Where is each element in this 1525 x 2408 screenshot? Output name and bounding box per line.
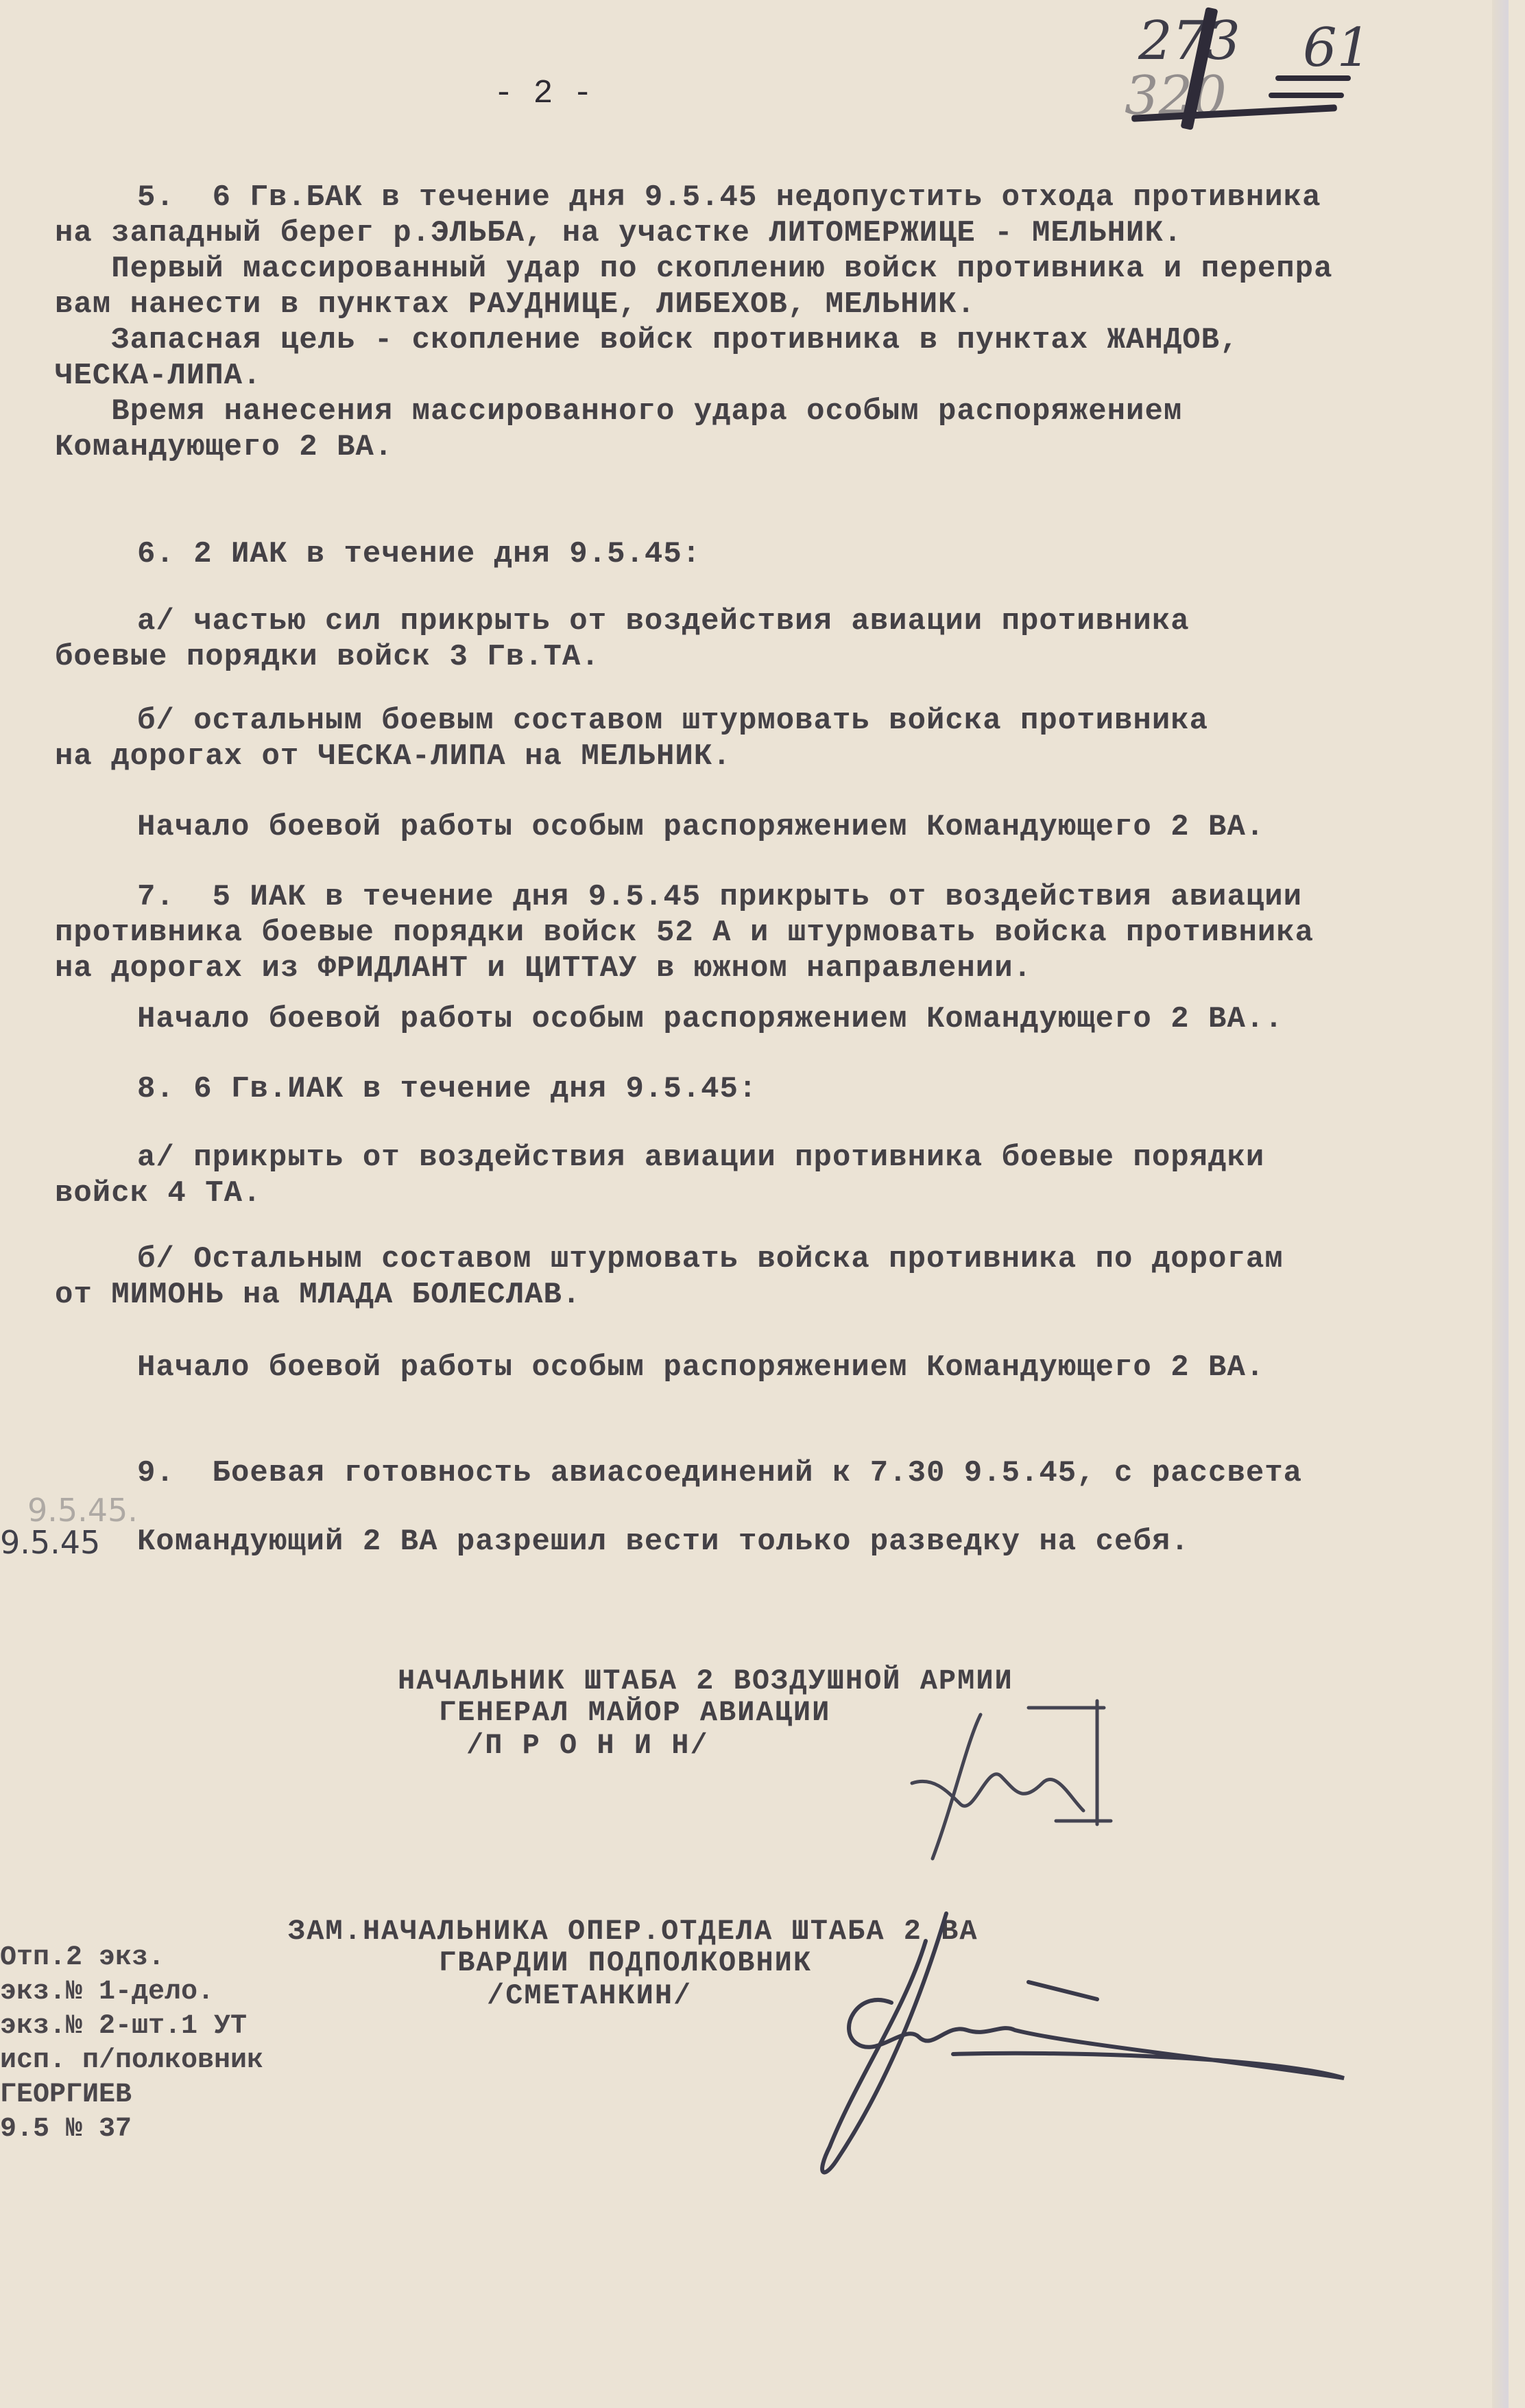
item-6-start: Начало боевой работы особым распоряжение… [137,809,1264,845]
item-5-line: Время нанесения массированного удара осо… [55,394,1182,429]
archive-folio-new: 273 [1138,14,1240,69]
item-5-line: Командующего 2 ВА. [55,429,393,465]
sheet-strike-2 [1269,93,1344,98]
item-5-line: 5. 6 Гв.БАК в течение дня 9.5.45 недопус… [137,180,1321,215]
item-8a-line: войск 4 ТА. [55,1176,261,1211]
signature-rank: ГЕНЕРАЛ МАЙОР АВИАЦИИ [439,1695,830,1730]
margin-date: 9.5.45 [0,1524,100,1561]
signature-name: /П Р О Н И Н/ [466,1728,709,1763]
distribution-line: экз.№ 2-шт.1 УТ [0,2010,263,2044]
item-5-line: Запасная цель - скопление войск противни… [55,322,1238,358]
distribution-line: Отп.2 экз. [0,1941,263,1975]
distribution-line: исп. п/полковник [0,2044,263,2078]
item-5-line: ЧЕСКА-ЛИПА. [55,358,261,394]
item-8b-line: б/ Остальным составом штурмовать войска … [137,1241,1284,1277]
item-7-start: Начало боевой работы особым распоряжение… [137,1001,1284,1037]
item-5-line: Первый массированный удар по скоплению в… [55,251,1333,287]
item-5-line: на западный берег р.ЭЛЬБА, на участке ЛИ… [55,215,1182,251]
item-8-heading: 8. 6 Гв.ИАК в течение дня 9.5.45: [137,1071,757,1107]
page-edge [1492,0,1509,2408]
item-9-line: Командующий 2 ВА разрешил вести только р… [137,1524,1190,1560]
archive-sheet-number: 61 [1303,21,1371,75]
handwritten-signature-smetankin [795,1900,1399,2188]
item-6b-line: на дорогах от ЧЕСКА-ЛИПА на МЕЛЬНИК. [55,739,732,774]
item-6a-line: а/ частью сил прикрыть от воздействия ав… [137,604,1190,639]
item-6-heading: 6. 2 ИАК в течение дня 9.5.45: [137,536,701,572]
distribution-line: ГЕОРГИЕВ [0,2078,263,2112]
signature-title: НАЧАЛЬНИК ШТАБА 2 ВОЗДУШНОЙ АРМИИ [398,1663,1013,1699]
document-page: 273 320 61 - 2 - 5. 6 Гв.БАК в течение д… [0,0,1509,2408]
handwritten-signature-pronin [905,1701,1125,1879]
item-7-line: 7. 5 ИАК в течение дня 9.5.45 прикрыть о… [137,879,1302,915]
item-8b-line: от МИМОНЬ на МЛАДА БОЛЕСЛАВ. [55,1277,581,1313]
page-number: - 2 - [494,75,592,112]
distribution-line: экз.№ 1-дело. [0,1975,263,2010]
margin-date-faint: 9.5.45. [27,1492,138,1529]
distribution-list: Отп.2 экз.экз.№ 1-дело.экз.№ 2-шт.1 УТис… [0,1941,263,2147]
distribution-line: 9.5 № 37 [0,2112,263,2147]
sheet-strike-1 [1275,75,1351,81]
item-6b-line: б/ остальным боевым составом штурмовать … [137,703,1208,739]
item-8a-line: а/ прикрыть от воздействия авиации проти… [137,1140,1264,1176]
item-5-line: вам нанести в пунктах РАУДНИЦЕ, ЛИБЕХОВ,… [55,287,976,322]
item-7-line: противника боевые порядки войск 52 А и ш… [55,915,1314,951]
item-8-start: Начало боевой работы особым распоряжение… [137,1350,1264,1385]
item-6a-line: боевые порядки войск 3 Гв.ТА. [55,639,600,675]
signature-rank: ГВАРДИИ ПОДПОЛКОВНИК [439,1945,812,1981]
signature-name: /СМЕТАНКИН/ [487,1978,692,2014]
item-9-line: 9. Боевая готовность авиасоединений к 7.… [137,1455,1302,1491]
item-7-line: на дорогах из ФРИДЛАНТ и ЦИТТАУ в южном … [55,951,1032,986]
